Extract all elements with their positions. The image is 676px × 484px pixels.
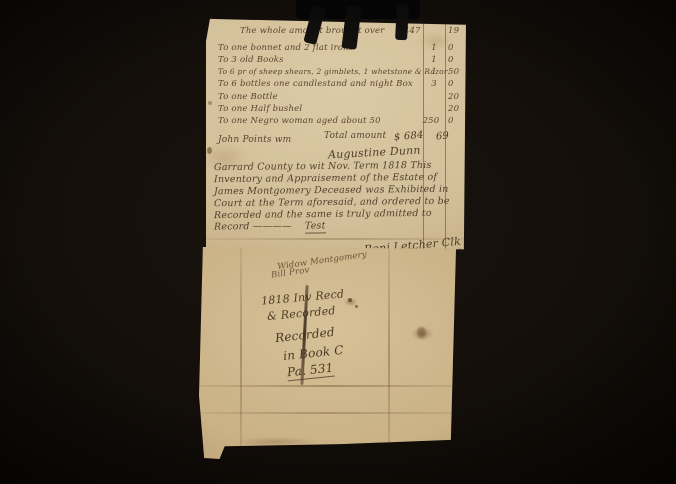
fold-crease	[199, 412, 456, 414]
item-cents: 0	[448, 116, 454, 126]
total-amount-cents: 69	[436, 130, 450, 142]
attestation-closing: Record ———— Test	[214, 220, 326, 232]
record-line: Pa. 531	[286, 361, 334, 382]
stain	[208, 101, 212, 105]
fold-crease	[199, 385, 456, 387]
item-desc: To one Half bushel	[218, 104, 302, 114]
filing-line: & Recorded	[267, 304, 337, 323]
attestation-line: Garrard County to wit Nov. Term 1818 Thi…	[214, 160, 432, 173]
fold-crease	[388, 247, 390, 459]
item-cents: 20	[448, 92, 459, 102]
docket-line: Bill Prov	[270, 265, 310, 280]
record-line: in Book C	[282, 343, 344, 363]
item-desc: To one Bottle	[218, 92, 278, 102]
photo-stage: The whole amount brought over $ 447 19 T…	[0, 0, 676, 484]
stain	[355, 305, 358, 308]
item-dollars: 3	[423, 79, 445, 89]
stain	[417, 327, 426, 338]
total-amount-dollars: $ 684	[394, 130, 424, 144]
item-cents: 20	[448, 104, 459, 114]
item-cents: 0	[448, 43, 454, 53]
attestation-line: Inventory and Appraisement of the Estate…	[214, 172, 437, 185]
binder-clip	[292, 0, 428, 52]
total-label: Total amount	[324, 131, 386, 141]
attestation-line: Recorded and the same is truly admitted …	[214, 208, 432, 221]
fold-crease	[240, 247, 242, 459]
item-desc: To 3 old Books	[218, 55, 284, 65]
test-label: Test	[305, 220, 326, 233]
upper-document: The whole amount brought over $ 447 19 T…	[206, 17, 467, 259]
item-cents: 50	[448, 67, 459, 77]
binder-clip-prong	[395, 4, 409, 41]
attestation-line: Record ————	[214, 221, 292, 233]
item-cents: 0	[448, 79, 454, 89]
item-dollars: 250	[420, 116, 442, 126]
item-dollars: 1	[423, 67, 445, 77]
stain	[207, 147, 212, 154]
item-desc: To 6 pr of sheep shears, 2 gimblets, 1 w…	[218, 67, 448, 76]
stain	[348, 298, 352, 302]
item-cents: 0	[448, 55, 454, 65]
lower-document: Widow Montgomery Bill Prov 1818 Inv Recd…	[199, 247, 456, 459]
appraiser-signature: Augustine Dunn	[328, 144, 421, 162]
total-left-note: John Points wm	[218, 135, 291, 145]
header-amount-cents: 19	[448, 26, 459, 36]
item-desc: To 6 bottles one candlestand and night B…	[218, 79, 413, 89]
item-dollars: 1	[423, 55, 445, 65]
item-desc: To one Negro woman aged about 50	[218, 116, 381, 126]
